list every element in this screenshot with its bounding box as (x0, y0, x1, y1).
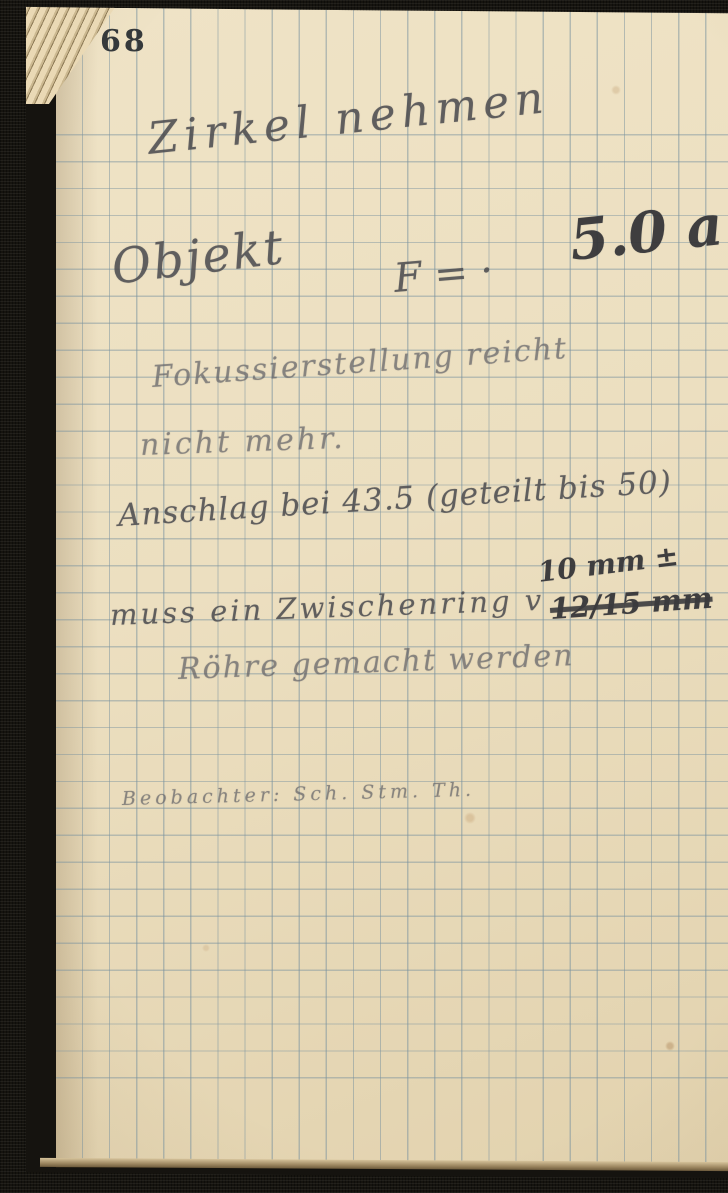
page-edges-stack (20, 2, 62, 1174)
handwritten-line-2-formula: F = · (392, 247, 495, 301)
book-cover-left-edge (0, 0, 26, 1193)
page-number: 68 (100, 24, 148, 59)
notebook-page: 68 Zirkel nehmen Objekt F = · 5.0 a Foku… (56, 8, 728, 1164)
handwritten-line-4: nicht mehr. (139, 421, 346, 463)
notebook-scan: 68 Zirkel nehmen Objekt F = · 5.0 a Foku… (0, 0, 728, 1193)
